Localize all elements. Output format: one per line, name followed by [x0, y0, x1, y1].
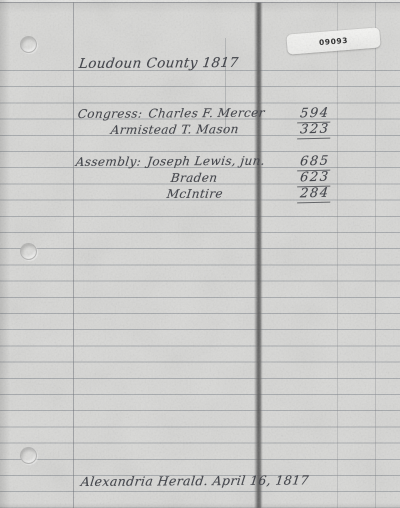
- scanned-ledger-page: 09093 Loudoun County 1817 Congress:Charl…: [0, 0, 400, 508]
- faint-fold-line-right: [375, 0, 376, 508]
- candidate-name: Joseph Lewis, jun.: [146, 154, 265, 169]
- result-row-assembly-mcintire: McIntire: [166, 187, 224, 201]
- faint-fold-line-left: [337, 0, 338, 508]
- vote-count: 284: [287, 186, 343, 203]
- paper-top-shadow: [0, 3, 400, 13]
- result-row-assembly-braden: Braden: [170, 171, 218, 185]
- office-label: Assembly:: [75, 155, 142, 169]
- page-title: Loudoun County 1817: [78, 55, 239, 72]
- vote-count: 323: [287, 122, 343, 139]
- archive-sticker: 09093: [286, 27, 380, 54]
- archive-number: 09093: [319, 35, 349, 46]
- office-label: Congress:: [77, 107, 143, 121]
- result-row-congress-mercer: Congress:Charles F. Mercer: [77, 106, 266, 121]
- candidate-name: McIntire: [166, 187, 224, 201]
- hole-punch-bottom: [20, 447, 37, 464]
- vote-count: 685: [287, 154, 343, 171]
- hole-punch-top: [20, 36, 37, 53]
- binder-fold-shadow: [254, 0, 263, 508]
- paper-bottom-shadow: [0, 503, 400, 508]
- candidate-name: Armistead T. Mason: [110, 122, 240, 137]
- result-row-assembly-lewis: Assembly:Joseph Lewis, jun.: [75, 154, 266, 169]
- result-row-congress-mason: Armistead T. Mason: [110, 122, 240, 137]
- vote-count: 594: [287, 106, 343, 123]
- paper-left-shadow: [0, 0, 10, 508]
- vote-count: 623: [287, 170, 343, 187]
- candidate-name: Charles F. Mercer: [148, 106, 266, 121]
- margin-line: [73, 0, 74, 508]
- citation-line: Alexandria Herald. April 16, 1817: [80, 472, 310, 489]
- candidate-name: Braden: [170, 171, 218, 185]
- hole-punch-middle: [20, 243, 37, 260]
